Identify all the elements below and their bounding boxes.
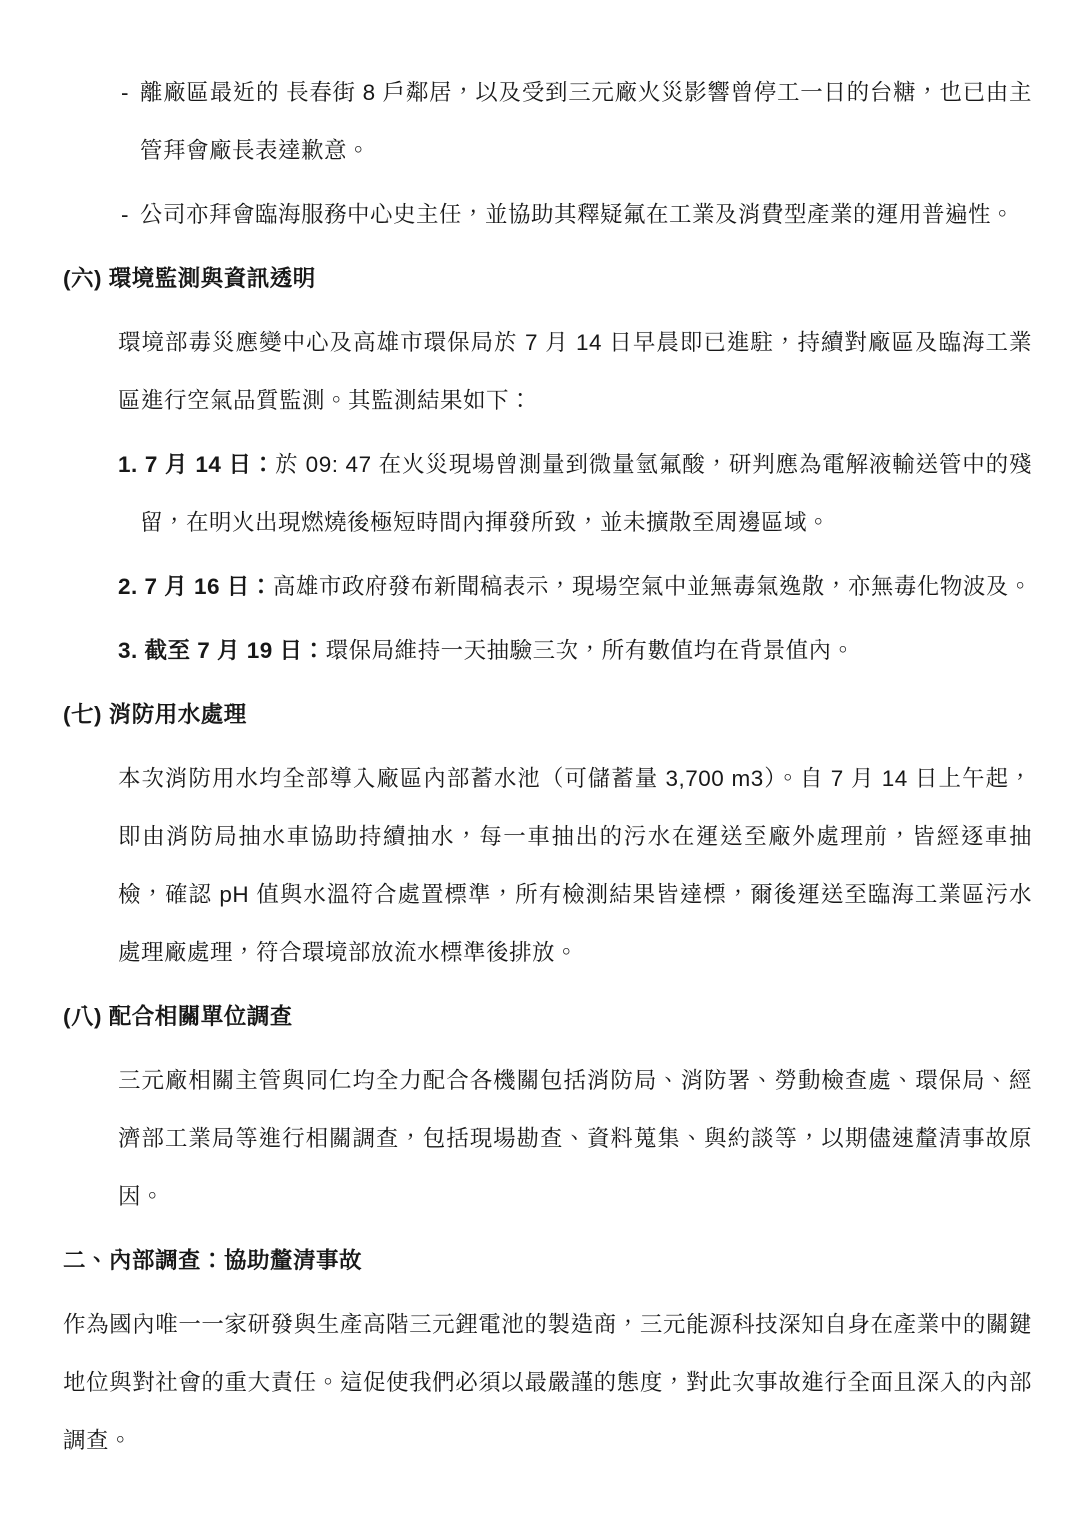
- section-heading-two: 二、內部調查：協助釐清事故: [63, 1232, 1032, 1290]
- numbered-item-1: 1. 7 月 14 日：於 09: 47 在火災現場曾測量到微量氫氟酸，研判應為…: [118, 436, 1032, 552]
- section-heading-6: (六) 環境監測與資訊透明: [63, 250, 1032, 308]
- bullet-dash: -: [121, 186, 129, 244]
- bullet-text: 公司亦拜會臨海服務中心史主任，並協助其釋疑氟在工業及消費型產業的運用普遍性。: [140, 202, 1014, 227]
- numbered-item-prefix: 3. 截至 7 月 19 日：: [118, 638, 326, 663]
- list-item: - 離廠區最近的 長春街 8 戶鄰居，以及受到三元廠火災影響曾停工一日的台糖，也…: [63, 64, 1032, 180]
- numbered-item-2: 2. 7 月 16 日：高雄市政府發布新聞稿表示，現場空氣中並無毒氣逸散，亦無毒…: [118, 558, 1032, 616]
- bullet-text: 離廠區最近的 長春街 8 戶鄰居，以及受到三元廠火災影響曾停工一日的台糖，也已由…: [140, 80, 1032, 163]
- numbered-item-prefix: 1. 7 月 14 日：: [118, 452, 275, 477]
- section-heading-7: (七) 消防用水處理: [63, 686, 1032, 744]
- list-item: - 公司亦拜會臨海服務中心史主任，並協助其釋疑氟在工業及消費型產業的運用普遍性。: [63, 186, 1032, 244]
- section-6-paragraph: 環境部毒災應變中心及高雄市環保局於 7 月 14 日早晨即已進駐，持續對廠區及臨…: [118, 314, 1032, 430]
- numbered-item-prefix: 2. 7 月 16 日：: [118, 574, 273, 599]
- document-page: - 離廠區最近的 長春街 8 戶鄰居，以及受到三元廠火災影響曾停工一日的台糖，也…: [0, 0, 1080, 1528]
- numbered-item-3: 3. 截至 7 月 19 日：環保局維持一天抽驗三次，所有數值均在背景值內。: [118, 622, 1032, 680]
- numbered-item-text: 高雄市政府發布新聞稿表示，現場空氣中並無毒氣逸散，亦無毒化物波及。: [273, 574, 1032, 599]
- section-heading-8: (八) 配合相關單位調查: [63, 988, 1032, 1046]
- section-7-paragraph: 本次消防用水均全部導入廠區內部蓄水池（可儲蓄量 3,700 m3）。自 7 月 …: [118, 750, 1032, 982]
- section-8-paragraph: 三元廠相關主管與同仁均全力配合各機關包括消防局、消防署、勞動檢查處、環保局、經濟…: [118, 1052, 1032, 1226]
- bullet-dash: -: [121, 64, 129, 122]
- section-two-paragraph: 作為國內唯一一家研發與生產高階三元鋰電池的製造商，三元能源科技深知自身在產業中的…: [63, 1296, 1032, 1470]
- numbered-item-text: 環保局維持一天抽驗三次，所有數值均在背景值內。: [326, 638, 855, 663]
